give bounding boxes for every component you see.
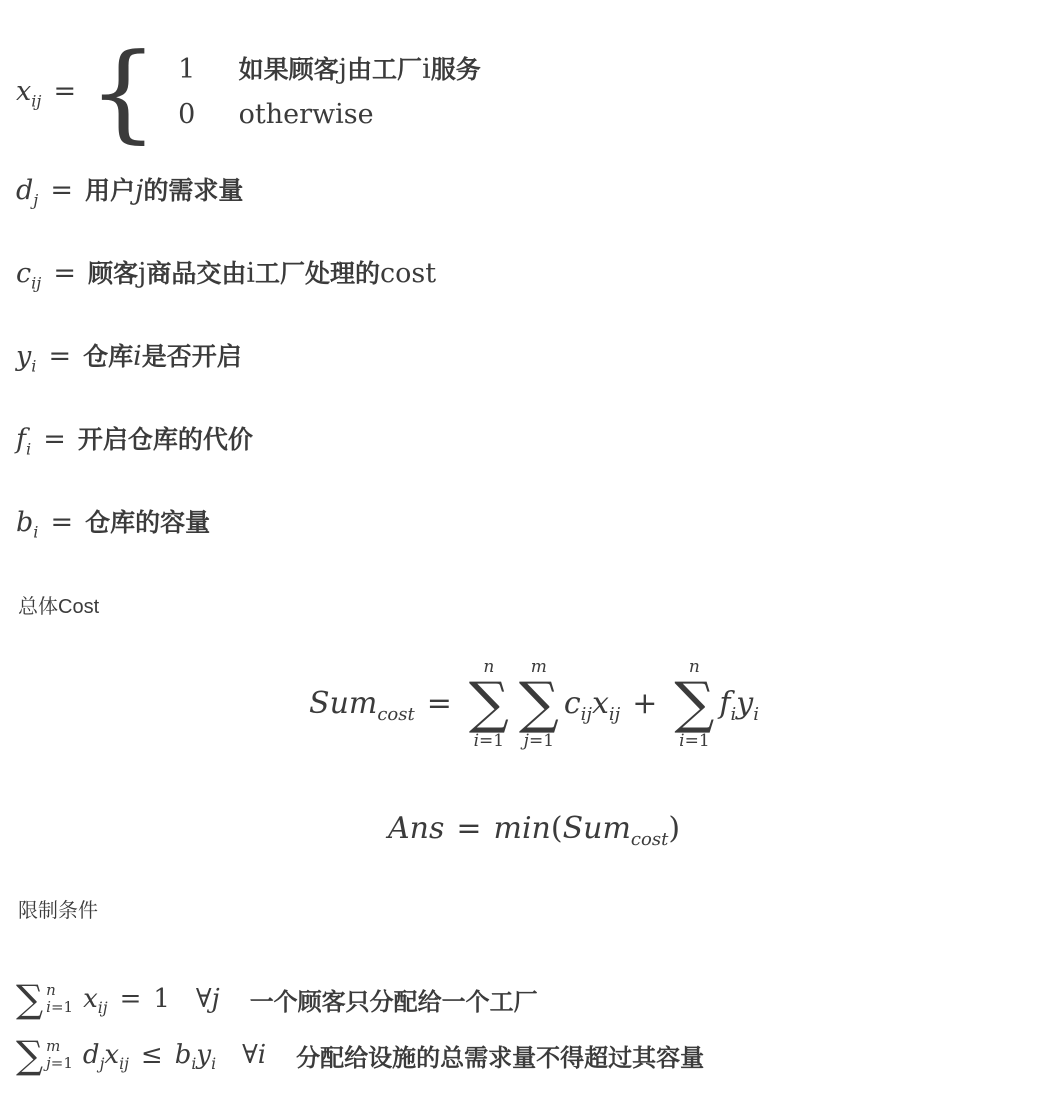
chinese-text: 由工厂 <box>347 56 422 84</box>
sum-upper-limit: m <box>46 1038 73 1055</box>
math-variable: x <box>104 1040 119 1070</box>
inline-sum-operator: ∑ m j=1 <box>16 1032 73 1078</box>
equals-sign: = <box>456 811 481 846</box>
math-subscript: cost <box>631 829 668 850</box>
sigma-icon: ∑ <box>16 1032 43 1078</box>
chinese-text: 仓库的容量 <box>85 509 210 537</box>
chinese-text: 是否开启 <box>142 343 242 371</box>
sum-lower-limit: i=1 <box>46 999 73 1016</box>
case-description: otherwise <box>239 99 374 130</box>
chinese-text: 顾客 <box>88 260 138 288</box>
chinese-text: 仓库 <box>83 343 133 371</box>
formula-body: Ans=min(Sumcost) <box>388 807 680 851</box>
math-subscript: cost <box>377 704 414 725</box>
roman-letter: j <box>339 54 347 85</box>
chinese-text: 开启仓库的代价 <box>78 426 253 454</box>
inline-sum-limits: n i=1 <box>46 982 73 1016</box>
limit-value: =1 <box>479 731 504 751</box>
sum-operator-2: m ∑ j=1 <box>519 657 559 751</box>
math-variable: f <box>16 424 26 455</box>
case-value: 0 <box>178 97 200 133</box>
plus-sign: + <box>632 686 657 721</box>
definition-d: dj=用户j的需求量 <box>16 173 1052 209</box>
formula-lhs: Sumcost= <box>309 682 464 726</box>
sigma-icon: ∑ <box>16 976 43 1022</box>
sum-upper-limit: n <box>46 982 73 999</box>
inline-sum-operator: ∑ n i=1 <box>16 976 73 1022</box>
math-variable: b <box>16 507 33 538</box>
chinese-text: 服务 <box>431 56 481 84</box>
formula-term-1: cijxij+ <box>564 682 670 726</box>
sum-lower-limit: j=1 <box>524 731 554 751</box>
chinese-text: 的需求量 <box>143 177 243 205</box>
math-variable: x <box>592 686 609 721</box>
math-subscript: i <box>753 704 759 725</box>
chinese-text: 工厂处理的 <box>255 260 380 288</box>
equals-sign: = <box>43 424 66 455</box>
definition-b: bi=仓库的容量 <box>16 505 1052 541</box>
constraint-description: 一个顾客只分配给一个工厂 <box>250 982 538 1017</box>
chinese-text: 商品交由 <box>146 260 246 288</box>
definition-y: yi=仓库i是否开启 <box>16 339 1052 375</box>
limit-value: =1 <box>51 998 73 1016</box>
equals-sign: = <box>120 984 142 1014</box>
close-paren: ) <box>668 811 680 846</box>
math-variable: c <box>564 686 581 721</box>
constraint-2: ∑ m j=1 djxij≤biyi ∀i 分配给设施的总需求量不得超过其容量 <box>16 1031 1052 1079</box>
cost-text: cost <box>380 258 436 289</box>
case-row-2: 0 otherwise <box>164 97 481 133</box>
limit-value: =1 <box>685 731 710 751</box>
definition-c: cij=顾客j商品交由i工厂处理的cost <box>16 256 1052 292</box>
otherwise-text: otherwise <box>239 99 374 130</box>
equals-sign: = <box>48 341 71 372</box>
equals-sign: = <box>50 507 73 538</box>
constraint-equation: djxij≤biyi <box>83 1040 216 1070</box>
sum-cost-formula: Sumcost= n ∑ i=1 m ∑ j=1 cijxij+ n ∑ i=1… <box>16 657 1052 751</box>
section-total-cost: 总体Cost <box>18 593 1052 621</box>
sigma-icon: ∑ <box>674 677 714 731</box>
roman-letter: i <box>246 258 255 289</box>
math-subscript: ij <box>31 91 41 110</box>
math-subscript: i <box>31 356 36 375</box>
sum-operator-3: n ∑ i=1 <box>674 657 714 751</box>
math-variable: f <box>719 686 730 721</box>
forall-group: ∀i <box>242 1040 266 1070</box>
case-value: 1 <box>178 52 200 88</box>
cases-brace: { <box>88 46 158 138</box>
math-subscript: ij <box>581 704 592 725</box>
sigma-icon: ∑ <box>519 677 559 731</box>
math-variable: y <box>16 341 31 372</box>
math-subscript: ij <box>31 273 41 292</box>
math-variable: d <box>83 1040 100 1070</box>
limit-value: =1 <box>529 731 554 751</box>
sum-lower-limit: j=1 <box>46 1055 73 1072</box>
math-variable: x <box>16 76 31 107</box>
case-description: 如果顾客j由工厂i服务 <box>239 54 481 85</box>
definition-f: fi=开启仓库的代价 <box>16 422 1052 458</box>
forall-icon: ∀ <box>242 1040 258 1070</box>
math-variable: Ans <box>388 811 444 846</box>
chinese-text: 用户 <box>85 177 135 205</box>
definition-x-lhs: xij= <box>16 74 88 110</box>
math-variable: y <box>196 1040 211 1070</box>
math-variable: Sum <box>563 811 631 846</box>
math-variable: x <box>83 984 98 1014</box>
section-constraints: 限制条件 <box>18 897 1052 925</box>
roman-letter: i <box>422 54 431 85</box>
math-subscript: ij <box>609 704 620 725</box>
formula-term-2: fiyi <box>719 682 759 726</box>
math-subscript: j <box>33 190 38 209</box>
document: xij= { 1 如果顾客j由工厂i服务 0 otherwise dj=用户j的… <box>0 0 1062 1079</box>
sum-operator-1: n ∑ i=1 <box>469 657 509 751</box>
min-function: min <box>494 811 551 846</box>
math-subscript: ij <box>119 1055 129 1073</box>
sum-lower-limit: i=1 <box>679 731 710 751</box>
definition-x: xij= { 1 如果顾客j由工厂i服务 0 otherwise <box>16 44 1052 140</box>
chinese-text: 如果顾客 <box>239 56 339 84</box>
math-variable: d <box>16 175 33 206</box>
cases-rows: 1 如果顾客j由工厂i服务 0 otherwise <box>164 52 481 133</box>
math-variable: b <box>175 1040 192 1070</box>
case-row-1: 1 如果顾客j由工厂i服务 <box>164 52 481 88</box>
math-variable: Sum <box>309 686 377 721</box>
limit-value: =1 <box>51 1054 73 1072</box>
math-variable: y <box>736 686 753 721</box>
math-subscript: i <box>211 1055 216 1073</box>
constraint-description: 分配给设施的总需求量不得超过其容量 <box>296 1038 704 1073</box>
forall-variable: j <box>212 984 220 1014</box>
math-variable: c <box>16 258 31 289</box>
sigma-icon: ∑ <box>469 677 509 731</box>
constraint-value: 1 <box>153 984 170 1014</box>
equals-sign: = <box>53 258 76 289</box>
leq-sign: ≤ <box>141 1040 163 1070</box>
forall-group: ∀j <box>196 984 220 1014</box>
constraint-equation: xij=1 <box>83 984 170 1014</box>
math-subscript: i <box>26 439 31 458</box>
equals-sign: = <box>53 76 76 107</box>
forall-variable: i <box>258 1040 266 1070</box>
math-subscript: ij <box>98 999 108 1017</box>
inline-sum-limits: m j=1 <box>46 1038 73 1072</box>
math-subscript: i <box>33 522 38 541</box>
constraint-1: ∑ n i=1 xij=1 ∀j 一个顾客只分配给一个工厂 <box>16 975 1052 1023</box>
open-paren: ( <box>551 811 563 846</box>
italic-letter: i <box>133 341 142 372</box>
ans-formula: Ans=min(Sumcost) <box>16 807 1052 851</box>
sum-lower-limit: i=1 <box>474 731 505 751</box>
forall-icon: ∀ <box>196 984 212 1014</box>
equals-sign: = <box>427 686 452 721</box>
equals-sign: = <box>50 175 73 206</box>
